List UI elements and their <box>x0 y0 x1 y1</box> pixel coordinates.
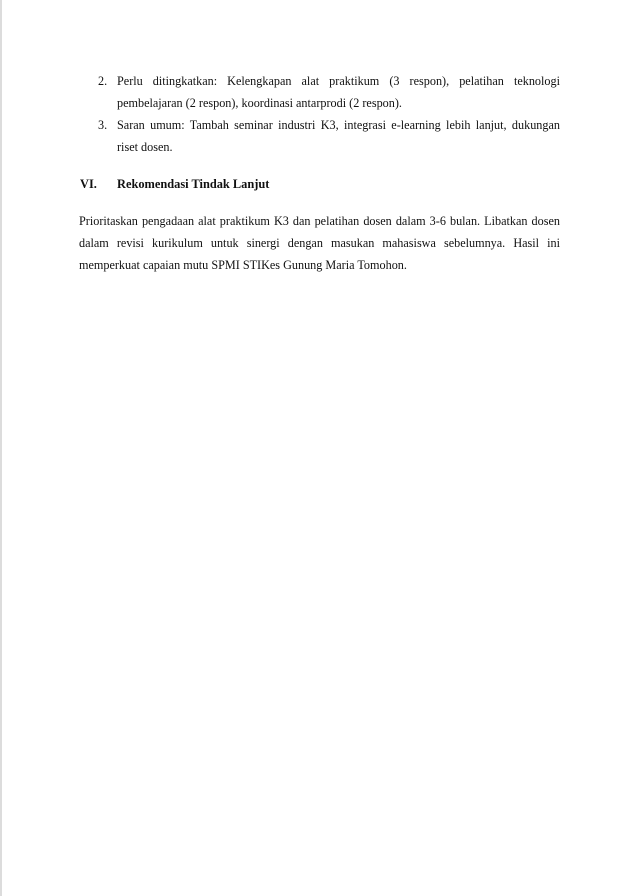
list-item-number: 3. <box>98 114 107 136</box>
recommendation-paragraph: Prioritaskan pengadaan alat praktikum K3… <box>79 210 560 276</box>
page-edge-border <box>0 0 2 896</box>
findings-list: 2. Perlu ditingkatkan: Kelengkapan alat … <box>79 70 560 158</box>
list-item: 3. Saran umum: Tambah seminar industri K… <box>79 114 560 158</box>
list-item-text: Saran umum: Tambah seminar industri K3, … <box>117 118 560 154</box>
document-page: 2. Perlu ditingkatkan: Kelengkapan alat … <box>79 70 560 288</box>
list-item-text: Perlu ditingkatkan: Kelengkapan alat pra… <box>117 74 560 110</box>
list-item-number: 2. <box>98 70 107 92</box>
section-title: Rekomendasi Tindak Lanjut <box>117 173 269 195</box>
section-heading: VI. Rekomendasi Tindak Lanjut <box>79 173 560 195</box>
section-number: VI. <box>79 173 117 195</box>
list-item: 2. Perlu ditingkatkan: Kelengkapan alat … <box>79 70 560 114</box>
